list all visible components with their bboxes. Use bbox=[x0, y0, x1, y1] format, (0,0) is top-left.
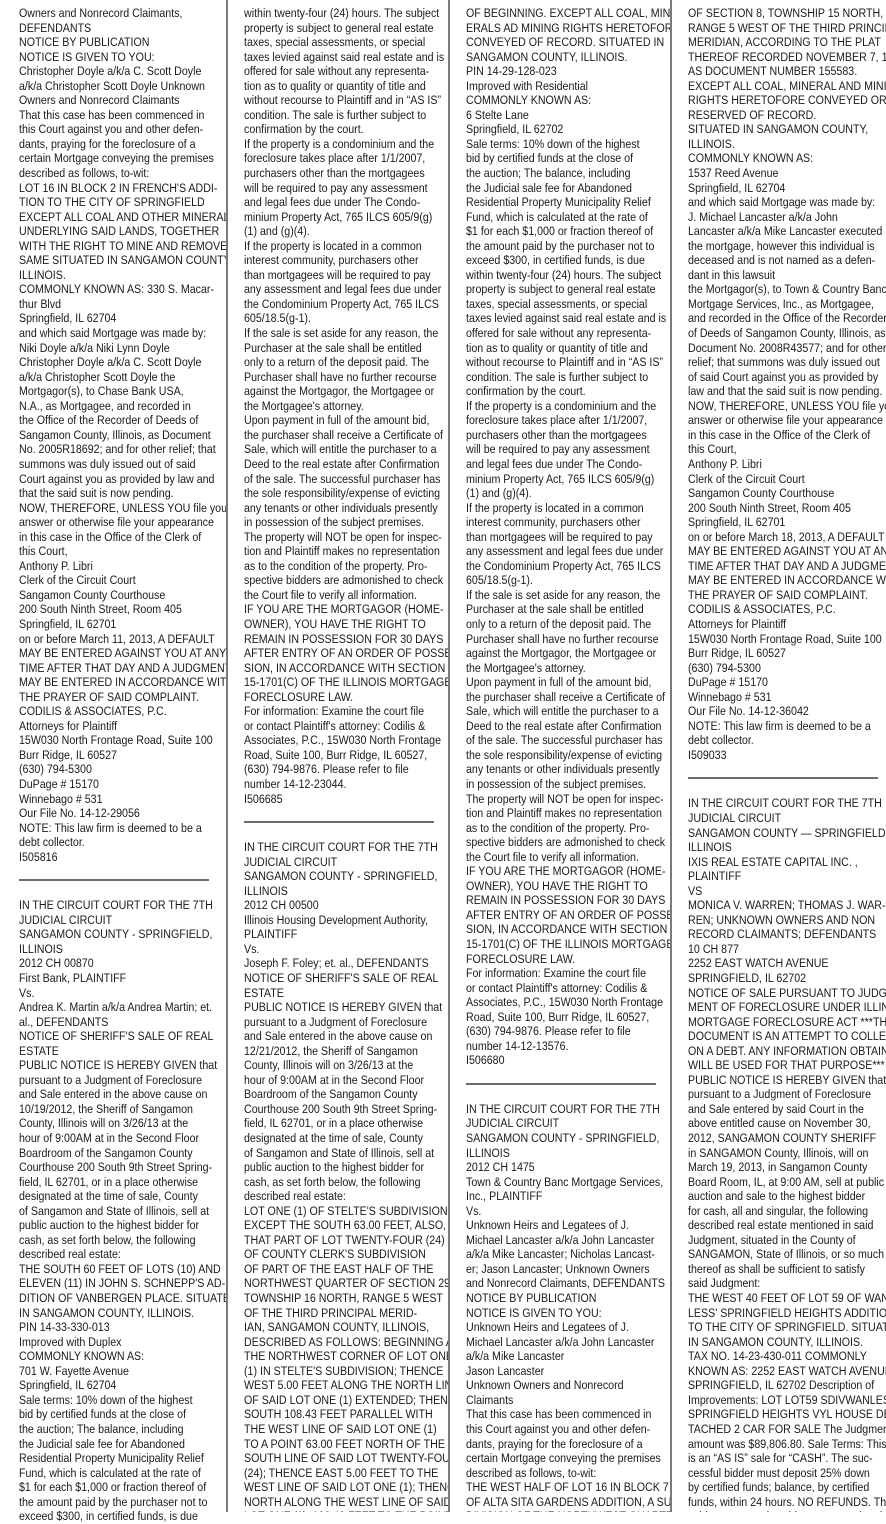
notice-text-line: First Bank, PLAINTIFF bbox=[19, 971, 225, 986]
notice-text-line: the Mortgagee's attorney. bbox=[244, 399, 448, 414]
notice-text-line: EXCEPT ALL COAL AND OTHER MINERALS bbox=[19, 210, 225, 225]
notice-text-line: DEFENDANTS bbox=[19, 21, 225, 36]
notice-text-line: ON A DEBT. ANY INFORMATION OBTAINED bbox=[688, 1044, 886, 1059]
notice-text-line: described real estate mentioned in said bbox=[688, 1218, 886, 1233]
notice-separator-rule bbox=[244, 821, 434, 823]
notice-text-line: against the Mortgagor, the Mortgagee or bbox=[244, 384, 448, 399]
notice-text-line: Michael Lancaster a/k/a John Lancaster bbox=[466, 1233, 670, 1248]
notice-text-line: OF ALTA SITA GARDENS ADDITION, A SUB- bbox=[466, 1495, 670, 1510]
notice-text-line: a/k/a Mike Lancaster; Nicholas Lancast- bbox=[466, 1247, 670, 1262]
notice-text-line: 6 Stelte Lane bbox=[466, 108, 670, 123]
notice-text-line: SION, IN ACCORDANCE WITH SECTION bbox=[244, 661, 448, 676]
notice-text-line: IN SANGAMON COUNTY, ILLINOIS. bbox=[688, 1335, 886, 1350]
notice-text-line: in possession of the subject premises. bbox=[466, 777, 670, 792]
notice-text-line: and Sale entered by said Court in the bbox=[688, 1102, 886, 1117]
notice-text-line: SANGAMON, State of Illinois, or so much bbox=[688, 1247, 886, 1262]
notice-text-line: the auction; The balance, including bbox=[466, 166, 670, 181]
notice-text-line: interest community, purchasers other bbox=[466, 515, 670, 530]
notice-text-line: and which said Mortgage was made by: bbox=[19, 326, 225, 341]
notice-text-line: OF SAID LOT ONE (1) EXTENDED; THENCE bbox=[244, 1393, 448, 1408]
notice-text-line: tion as to quality or quantity of title … bbox=[244, 79, 448, 94]
notice-text-line: Owners and Nonrecord Claimants, bbox=[19, 6, 225, 21]
notice-text-line: 2012 CH 1475 bbox=[466, 1160, 670, 1175]
notice-text-line: FORECLOSURE LAW. bbox=[244, 690, 448, 705]
notice-text-line: Lancaster a/k/a Mike Lancaster executed bbox=[688, 224, 886, 239]
notice-text-line: field, IL 62701, or in a place otherwise bbox=[19, 1175, 225, 1190]
notice-text-line: OF THE THIRD PRINCIPAL MERID- bbox=[244, 1306, 448, 1321]
notice-text-line: ESTATE bbox=[19, 1044, 225, 1059]
notice-text-line: MERIDIAN, ACCORDING TO THE PLAT bbox=[688, 35, 886, 50]
notice-text-line: REMAIN IN POSSESSION FOR 30 DAYS bbox=[466, 893, 670, 908]
notice-text-line: OWNER), YOU HAVE THE RIGHT TO bbox=[466, 879, 670, 894]
notice-text-line: The property will NOT be open for inspec… bbox=[244, 530, 448, 545]
notice-text-line: If the sale is set aside for any reason,… bbox=[244, 326, 448, 341]
notice-text-line: I506680 bbox=[466, 1053, 670, 1068]
notice-text-line: JUDICIAL CIRCUIT bbox=[19, 913, 225, 928]
notice-text-line: or contact Plaintiff's attorney: Codilis… bbox=[466, 981, 670, 996]
notice-text-line: Joseph F. Foley; et. al., DEFENDANTS bbox=[244, 956, 448, 971]
notice-text-line: Upon payment in full of the amount bid, bbox=[466, 675, 670, 690]
notice-text-line: cash, as set forth below, the following bbox=[19, 1233, 225, 1248]
column-3: OF BEGINNING. EXCEPT ALL COAL, MIN-ERALS… bbox=[448, 0, 670, 1512]
notice-text-line: 2012 CH 00870 bbox=[19, 956, 225, 971]
notice-text-line: only to a return of the deposit paid. Th… bbox=[244, 355, 448, 370]
notice-text-line: ILLINOIS. bbox=[688, 137, 886, 152]
notice-text-line: March 19, 2013, in Sangamon County bbox=[688, 1160, 886, 1175]
notice-text-line: Residential Property Municipality Relief bbox=[466, 195, 670, 210]
notice-text-line: IN THE CIRCUIT COURT FOR THE 7TH bbox=[19, 898, 225, 913]
notice-text-line: Clerk of the Circuit Court bbox=[19, 573, 225, 588]
legal-notice: OF SECTION 8, TOWNSHIP 15 NORTH,RANGE 5 … bbox=[688, 6, 878, 762]
notice-text-line: Vs. bbox=[244, 942, 448, 957]
notice-text-line: the Condominium Property Act, 765 ILCS bbox=[466, 559, 670, 574]
notice-text-line: a/k/a Mike Lancaster bbox=[466, 1349, 670, 1364]
notice-text-line: TIME AFTER THAT DAY AND A JUDGMENT bbox=[19, 661, 225, 676]
notice-text-line: MONICA V. WARREN; THOMAS J. WAR- bbox=[688, 898, 886, 913]
legal-notices-page: Owners and Nonrecord Claimants,DEFENDANT… bbox=[0, 0, 886, 1524]
notice-text-line: PLAINTIFF bbox=[244, 927, 448, 942]
notice-text-line: on or before March 11, 2013, A DEFAULT bbox=[19, 632, 225, 647]
notice-text-line: For information: Examine the court file bbox=[244, 704, 448, 719]
notice-text-line: dants, praying for the foreclosure of a bbox=[19, 137, 225, 152]
notice-text-line: IN THE CIRCUIT COURT FOR THE 7TH bbox=[688, 796, 886, 811]
notice-text-line: in SANGAMON County, Illinois, will on bbox=[688, 1146, 886, 1161]
notice-text-line: (1) IN STELTE'S SUBDIVISION; THENCE bbox=[244, 1364, 448, 1379]
notice-text-line: Springfield, IL 62704 bbox=[688, 181, 886, 196]
notice-text-line: in this case in the Office of the Clerk … bbox=[688, 428, 886, 443]
notice-text-line: the auction; The balance, including bbox=[19, 1422, 225, 1437]
notice-text-line: THE WEST LINE OF SAID LOT ONE (1) bbox=[244, 1422, 448, 1437]
notice-text-line: by certified funds; balance, by certifie… bbox=[688, 1480, 886, 1495]
notice-text-line: ILLINOIS bbox=[466, 1146, 670, 1161]
notice-text-line: OWNER), YOU HAVE THE RIGHT TO bbox=[244, 617, 448, 632]
notice-text-line: JUDICIAL CIRCUIT bbox=[244, 855, 448, 870]
notice-text-line: OF PART OF THE EAST HALF OF THE bbox=[244, 1262, 448, 1277]
notice-text-line: THAT PART OF LOT TWENTY-FOUR (24) bbox=[244, 1233, 448, 1248]
notice-text-line: 15-1701(C) OF THE ILLINOIS MORTGAGE bbox=[244, 675, 448, 690]
notice-text-line: Anthony P. Libri bbox=[688, 457, 886, 472]
notice-text-line: Associates, P.C., 15W030 North Frontage bbox=[466, 995, 670, 1010]
notice-text-line: VS bbox=[688, 884, 886, 899]
notice-text-line: answer or otherwise file your appearance bbox=[688, 413, 886, 428]
notice-text-line: (24); THENCE EAST 5.00 FEET TO THE bbox=[244, 1466, 448, 1481]
notice-text-line: Fund, which is calculated at the rate of bbox=[19, 1466, 225, 1481]
notice-text-line: JUDICIAL CIRCUIT bbox=[688, 811, 886, 826]
notice-text-line: Road, Suite 100, Burr Ridge, IL 60527, bbox=[466, 1010, 670, 1025]
notice-text-line: NOTICE OF SALE PURSUANT TO JUDG- bbox=[688, 986, 886, 1001]
notice-text-line: 12/21/2012, the Sheriff of Sangamon bbox=[244, 1044, 448, 1059]
notice-text-line: NOTICE OF SHERIFF'S SALE OF REAL bbox=[19, 1029, 225, 1044]
notice-text-line: 2252 EAST WATCH AVENUE bbox=[688, 956, 886, 971]
notice-text-line: tion and Plaintiff makes no representati… bbox=[466, 806, 670, 821]
notice-text-line: and Sale entered in the above cause on bbox=[19, 1087, 225, 1102]
notice-text-line: IXIS REAL ESTATE CAPITAL INC. , bbox=[688, 855, 886, 870]
notice-text-line: dant in this lawsuit bbox=[688, 268, 886, 283]
notice-text-line: minium Property Act, 765 ILCS 605/9(g) bbox=[244, 210, 448, 225]
notice-text-line: number 14-12-13576. bbox=[466, 1039, 670, 1054]
notice-text-line: the amount paid by the purchaser not to bbox=[19, 1495, 225, 1510]
notice-text-line: Andrea K. Martin a/k/a Andrea Martin; et… bbox=[19, 1000, 225, 1015]
notice-text-line: Sale terms: 10% down of the highest bbox=[466, 137, 670, 152]
notice-text-line: Springfield, IL 62701 bbox=[19, 617, 225, 632]
notice-text-line: described as follows, to-wit: bbox=[19, 166, 225, 181]
notice-text-line: TOWNSHIP 16 NORTH, RANGE 5 WEST bbox=[244, 1291, 448, 1306]
notice-text-line: SION, IN ACCORDANCE WITH SECTION bbox=[466, 922, 670, 937]
notice-text-line: the purchaser shall receive a Certificat… bbox=[466, 690, 670, 705]
notice-text-line: That this case has been commenced in bbox=[19, 108, 225, 123]
notice-text-line: public auction to the highest bidder for bbox=[244, 1160, 448, 1175]
notice-text-line: within twenty-four (24) hours. The subje… bbox=[466, 268, 670, 283]
notice-text-line: KNOWN AS: 2252 EAST WATCH AVENUE bbox=[688, 1364, 886, 1379]
notice-text-line: of said Court against you as provided by bbox=[688, 370, 886, 385]
notice-text-line: RANGE 5 WEST OF THE THIRD PRINCIPAL bbox=[688, 21, 886, 36]
notice-text-line: the Judicial sale fee for Abandoned bbox=[19, 1437, 225, 1452]
notice-text-line: THE NORTHWEST CORNER OF LOT ONE bbox=[244, 1349, 448, 1364]
notice-text-line: ILLINOIS. bbox=[19, 268, 225, 283]
notice-text-line: No. 2005R18692; and for other relief; th… bbox=[19, 442, 225, 457]
notice-text-line: (630) 794-5300 bbox=[688, 661, 886, 676]
notice-separator-rule bbox=[19, 879, 209, 881]
notice-text-line: JUDICIAL CIRCUIT bbox=[466, 1116, 670, 1131]
notice-text-line: relief; that summons was duly issued out bbox=[688, 355, 886, 370]
notice-text-line: this Court against you and other defen- bbox=[466, 1422, 670, 1437]
notice-text-line: CONVEYED OF RECORD. SITUATED IN bbox=[466, 35, 670, 50]
notice-text-line: NOTE: This law firm is deemed to be a bbox=[19, 821, 225, 836]
notice-text-line: Sale, which will entitle the purchaser t… bbox=[466, 704, 670, 719]
notice-text-line: DuPage # 15170 bbox=[688, 675, 886, 690]
notice-text-line: subject property is subject to general r… bbox=[688, 1509, 886, 1512]
notice-text-line: Christopher Doyle a/k/a C. Scott Doyle bbox=[19, 355, 225, 370]
notice-text-line: (1) and (g)(4). bbox=[466, 486, 670, 501]
notice-text-line: the Mortgagor(s), to Town & Country Banc bbox=[688, 282, 886, 297]
notice-text-line: this Court, bbox=[19, 544, 225, 559]
notice-text-line: any tenants or other individuals present… bbox=[244, 501, 448, 516]
notice-text-line: Our File No. 14-12-29056 bbox=[19, 806, 225, 821]
notice-text-line: described real estate: bbox=[244, 1189, 448, 1204]
notice-text-line: DOCUMENT IS AN ATTEMPT TO COLLECT bbox=[688, 1029, 886, 1044]
notice-text-line: tion as to quality or quantity of title … bbox=[466, 341, 670, 356]
legal-notice: IN THE CIRCUIT COURT FOR THE 7THJUDICIAL… bbox=[19, 898, 220, 1524]
notice-text-line: and recorded in the Office of the Record… bbox=[688, 311, 886, 326]
notice-text-line: DESCRIBED AS FOLLOWS: BEGINNING AT bbox=[244, 1335, 448, 1350]
notice-text-line: Purchaser shall have no further recourse bbox=[244, 370, 448, 385]
notice-text-line: I506685 bbox=[244, 792, 448, 807]
notice-text-line: Mortgage Services, Inc., as Mortgagee, bbox=[688, 297, 886, 312]
notice-text-line: against the Mortgagor, the Mortgagee or bbox=[466, 646, 670, 661]
notice-text-line: FORECLOSURE LAW. bbox=[466, 952, 670, 967]
notice-text-line: COMMONLY KNOWN AS: 330 S. Macar- bbox=[19, 282, 225, 297]
notice-text-line: IF YOU ARE THE MORTGAGOR (HOME- bbox=[466, 864, 670, 879]
notice-text-line: and Sale entered in the above cause on bbox=[244, 1029, 448, 1044]
notice-text-line: DuPage # 15170 bbox=[19, 777, 225, 792]
notice-text-line: 15W030 North Frontage Road, Suite 100 bbox=[19, 733, 225, 748]
notice-text-line: SANGAMON COUNTY, ILLINOIS. bbox=[466, 50, 670, 65]
notice-text-line: on or before March 18, 2013, A DEFAULT bbox=[688, 530, 886, 545]
notice-separator-rule bbox=[466, 1083, 656, 1085]
notice-text-line: confirmation by the court. bbox=[244, 122, 448, 137]
notice-text-line: the Court file to verify all information… bbox=[244, 588, 448, 603]
notice-text-line: offered for sale without any representa- bbox=[244, 64, 448, 79]
notice-text-line: MAY BE ENTERED IN ACCORDANCE WITH bbox=[19, 675, 225, 690]
notice-text-line: as to the condition of the property. Pro… bbox=[466, 821, 670, 836]
notice-text-line: 2012, SANGAMON COUNTY SHERIFF bbox=[688, 1131, 886, 1146]
notice-text-line: thereof as shall be sufficient to satisf… bbox=[688, 1262, 886, 1277]
notice-text-line: OF SECTION 8, TOWNSHIP 15 NORTH, bbox=[688, 6, 886, 21]
notice-text-line: the Court file to verify all information… bbox=[466, 850, 670, 865]
notice-text-line: NOTICE IS GIVEN TO YOU: bbox=[466, 1306, 670, 1321]
notice-text-line: For information: Examine the court file bbox=[466, 966, 670, 981]
notice-text-line: the Office of the Recorder of Deeds of bbox=[19, 413, 225, 428]
notice-text-line: Sale, which will entitle the purchaser t… bbox=[244, 442, 448, 457]
notice-text-line: a/k/a Christopher Scott Doyle the bbox=[19, 370, 225, 385]
notice-text-line: the mortgage, however this individual is bbox=[688, 239, 886, 254]
notice-text-line: Michael Lancaster a/k/a John Lancaster bbox=[466, 1335, 670, 1350]
notice-text-line: debt collector. bbox=[19, 835, 225, 850]
notice-text-line: Unknown Owners and Nonrecord bbox=[466, 1378, 670, 1393]
notice-text-line: Sale terms: 10% down of the highest bbox=[19, 1393, 225, 1408]
notice-text-line: (1) and (g)(4). bbox=[244, 224, 448, 239]
notice-text-line: Unknown Heirs and Legatees of J. bbox=[466, 1320, 670, 1335]
notice-text-line: taxes, special assessments, or special bbox=[244, 35, 448, 50]
notice-text-line: SITUATED IN SANGAMON COUNTY, bbox=[688, 122, 886, 137]
notice-text-line: Town & Country Banc Mortgage Services, bbox=[466, 1175, 670, 1190]
notice-text-line: Document No. 2008R43577; and for other bbox=[688, 341, 886, 356]
notice-text-line: of Sangamon and State of Illinois, sell … bbox=[244, 1146, 448, 1161]
notice-separator-rule bbox=[688, 777, 878, 779]
notice-text-line: thur Blvd bbox=[19, 297, 225, 312]
notice-text-line: SANGAMON COUNTY - SPRINGFIELD, bbox=[19, 927, 225, 942]
notice-text-line: Deed to the real estate after Confirmati… bbox=[466, 719, 670, 734]
notice-text-line: SPRINGFIELD, IL 62702 Description of bbox=[688, 1378, 886, 1393]
notice-text-line: Owners and Nonrecord Claimants bbox=[19, 93, 225, 108]
notice-text-line: for cash, all and singular, the followin… bbox=[688, 1204, 886, 1219]
notice-text-line: Burr Ridge, IL 60527 bbox=[19, 748, 225, 763]
notice-text-line: Vs. bbox=[466, 1204, 670, 1219]
notice-text-line: NOW, THEREFORE, UNLESS YOU file your bbox=[688, 399, 886, 414]
notice-text-line: the Judicial sale fee for Abandoned bbox=[466, 181, 670, 196]
notice-text-line: PUBLIC NOTICE IS HEREBY GIVEN that bbox=[688, 1073, 886, 1088]
notice-text-line: hour of 9:00AM at in the Second Floor bbox=[244, 1073, 448, 1088]
notice-text-line: If the property is located in a common bbox=[466, 501, 670, 516]
notice-text-line: The property will NOT be open for inspec… bbox=[466, 792, 670, 807]
notice-text-line: pursuant to a Judgment of Foreclosure bbox=[244, 1015, 448, 1030]
notice-text-line: spective bidders are admonished to check bbox=[466, 835, 670, 850]
notice-text-line: 2012 CH 00500 bbox=[244, 898, 448, 913]
notice-text-line: THE WEST HALF OF LOT 16 IN BLOCK 7 bbox=[466, 1480, 670, 1495]
column-4: OF SECTION 8, TOWNSHIP 15 NORTH,RANGE 5 … bbox=[670, 0, 886, 1512]
notice-text-line: IN SANGAMON COUNTY, ILLINOIS. bbox=[19, 1306, 225, 1321]
notice-text-line: without recourse to Plaintiff and in “AS… bbox=[466, 355, 670, 370]
notice-text-line: That this case has been commenced in bbox=[466, 1407, 670, 1422]
notice-text-line: Unknown Heirs and Legatees of J. bbox=[466, 1218, 670, 1233]
notice-text-line: Mortgagor(s), to Chase Bank USA, bbox=[19, 384, 225, 399]
notice-text-line: the amount paid by the purchaser not to bbox=[466, 239, 670, 254]
notice-text-line: If the property is a condominium and the bbox=[466, 399, 670, 414]
notice-text-line: WEST LINE OF SAID LOT ONE (1); THENCE bbox=[244, 1480, 448, 1495]
notice-text-line: bid by certified funds at the close of bbox=[19, 1407, 225, 1422]
notice-text-line: THE PRAYER OF SAID COMPLAINT. bbox=[19, 690, 225, 705]
notice-text-line: only to a return of the deposit paid. Th… bbox=[466, 617, 670, 632]
notice-text-line: DITION OF VANBERGEN PLACE. SITUATED bbox=[19, 1291, 225, 1306]
notice-text-line: and which said Mortgage was made by: bbox=[688, 195, 886, 210]
notice-text-line: NORTH ALONG THE WEST LINE OF SAID bbox=[244, 1495, 448, 1510]
notice-text-line: number 14-12-23044. bbox=[244, 777, 448, 792]
notice-text-line: SANGAMON COUNTY - SPRINGFIELD, bbox=[466, 1131, 670, 1146]
notice-text-line: THE SOUTH 60 FEET OF LOTS (10) AND bbox=[19, 1262, 225, 1277]
notice-text-line: Attorneys for Plaintiff bbox=[688, 617, 886, 632]
notice-text-line: confirmation by the court. bbox=[466, 384, 670, 399]
notice-text-line: Springfield, IL 62704 bbox=[19, 311, 225, 326]
notice-text-line: any assessment and legal fees due under bbox=[244, 282, 448, 297]
notice-text-line: IN THE CIRCUIT COURT FOR THE 7TH bbox=[466, 1102, 670, 1117]
notice-text-line: Winnebago # 531 bbox=[688, 690, 886, 705]
notice-text-line: THE PRAYER OF SAID COMPLAINT. bbox=[688, 588, 886, 603]
notice-text-line: Sangamon County Courthouse bbox=[688, 486, 886, 501]
notice-text-line: pursuant to a Judgment of Foreclosure bbox=[688, 1087, 886, 1102]
notice-text-line: without recourse to Plaintiff and in “AS… bbox=[244, 93, 448, 108]
notice-text-line: Clerk of the Circuit Court bbox=[688, 472, 886, 487]
notice-text-line: ERALS AD MINING RIGHTS HERETOFORE bbox=[466, 21, 670, 36]
notice-text-line: of Sangamon and State of Illinois, sell … bbox=[19, 1204, 225, 1219]
notice-text-line: Courthouse 200 South 9th Street Spring- bbox=[19, 1160, 225, 1175]
notice-text-line: taxes levied against said real estate an… bbox=[244, 50, 448, 65]
notice-text-line: of the sale. The successful purchaser ha… bbox=[466, 733, 670, 748]
notice-text-line: Purchaser at the sale shall be entitled bbox=[244, 341, 448, 356]
notice-text-line: amount was $89,806.80. Sale Terms: This bbox=[688, 1437, 886, 1452]
notice-text-line: RECORD CLAIMANTS; DEFENDANTS bbox=[688, 927, 886, 942]
notice-text-line: Courthouse 200 South 9th Street Spring- bbox=[244, 1102, 448, 1117]
notice-text-line: OF BEGINNING. EXCEPT ALL COAL, MIN- bbox=[466, 6, 670, 21]
notice-text-line: taxes levied against said real estate an… bbox=[466, 311, 670, 326]
notice-text-line: hour of 9:00AM at in the Second Floor bbox=[19, 1131, 225, 1146]
notice-text-line: Claimants bbox=[466, 1393, 670, 1408]
notice-text-line: offered for sale without any representa- bbox=[466, 326, 670, 341]
notice-text-line: SOUTH LINE OF SAID LOT TWENTY-FOUR bbox=[244, 1451, 448, 1466]
notice-text-line: CODILIS & ASSOCIATES, P.C. bbox=[19, 704, 225, 719]
notice-text-line: of the sale. The successful purchaser ha… bbox=[244, 472, 448, 487]
notice-text-line: the Condominium Property Act, 765 ILCS bbox=[244, 297, 448, 312]
notice-text-line: NOTICE BY PUBLICATION bbox=[466, 1291, 670, 1306]
notice-text-line: Improvements: LOT LOT59 SDIVWANLESS bbox=[688, 1393, 886, 1408]
notice-text-line: 10 CH 877 bbox=[688, 942, 886, 957]
notice-text-line: If the property is a condominium and the bbox=[244, 137, 448, 152]
notice-text-line: cash, as set forth below, the following bbox=[244, 1175, 448, 1190]
notice-text-line: property is subject to general real esta… bbox=[466, 282, 670, 297]
notice-text-line: Improved with Residential bbox=[466, 79, 670, 94]
notice-text-line: 200 South Ninth Street, Room 405 bbox=[19, 602, 225, 617]
notice-text-line: 605/18.5(g-1). bbox=[244, 311, 448, 326]
notice-text-line: 10/19/2012, the Sheriff of Sangamon bbox=[19, 1102, 225, 1117]
notice-text-line: MAY BE ENTERED AGAINST YOU AT ANY bbox=[688, 544, 886, 559]
notice-text-line: (630) 794-5300 bbox=[19, 762, 225, 777]
notice-text-line: J. Michael Lancaster a/k/a John bbox=[688, 210, 886, 225]
notice-text-line: Judgment, situated in the County of bbox=[688, 1233, 886, 1248]
notice-text-line: IN THE CIRCUIT COURT FOR THE 7TH bbox=[244, 840, 448, 855]
notice-text-line: Associates, P.C., 15W030 North Frontage bbox=[244, 733, 448, 748]
notice-text-line: the sole responsibility/expense of evict… bbox=[466, 748, 670, 763]
notice-text-line: public auction to the highest bidder for bbox=[19, 1218, 225, 1233]
notice-text-line: TION TO THE CITY OF SPRINGFIELD bbox=[19, 195, 225, 210]
notice-text-line: COMMONLY KNOWN AS: bbox=[19, 1349, 225, 1364]
notice-text-line: RIGHTS HERETOFORE CONVEYED OR bbox=[688, 93, 886, 108]
notice-text-line: Attorneys for Plaintiff bbox=[19, 719, 225, 734]
notice-text-line: in possession of the subject premises. bbox=[244, 515, 448, 530]
notice-text-line: designated at the time of sale, County bbox=[19, 1189, 225, 1204]
legal-notice: OF BEGINNING. EXCEPT ALL COAL, MIN-ERALS… bbox=[466, 6, 664, 1068]
notice-text-line: exceed $300, in certified funds, is due bbox=[466, 253, 670, 268]
notice-text-line: (630) 794-9876. Please refer to file bbox=[244, 762, 448, 777]
notice-text-line: I509033 bbox=[688, 748, 886, 763]
column-2: within twenty-four (24) hours. The subje… bbox=[226, 0, 448, 1512]
notice-text-line: Court against you as provided by law and bbox=[19, 472, 225, 487]
notice-text-line: certain Mortgage conveying the premises bbox=[466, 1451, 670, 1466]
legal-notice: IN THE CIRCUIT COURT FOR THE 7THJUDICIAL… bbox=[466, 1102, 664, 1512]
notice-text-line: summons was duly issued out of said bbox=[19, 457, 225, 472]
notice-text-line: Boardroom of the Sangamon County bbox=[19, 1146, 225, 1161]
notice-text-line: PLAINTIFF bbox=[688, 869, 886, 884]
notice-text-line: MENT OF FORECLOSURE UNDER ILLINOIS bbox=[688, 1000, 886, 1015]
notice-text-line: UNDERLYING SAID LANDS, TOGETHER bbox=[19, 224, 225, 239]
notice-text-line: as to the condition of the property. Pro… bbox=[244, 559, 448, 574]
notice-text-line: NOW, THEREFORE, UNLESS YOU file your bbox=[19, 501, 225, 516]
notice-text-line: WITH THE RIGHT TO MINE AND REMOVE bbox=[19, 239, 225, 254]
notice-text-line: is an “AS IS” sale for “CASH”. The suc- bbox=[688, 1451, 886, 1466]
notice-text-line: I505816 bbox=[19, 850, 225, 865]
notice-text-line: minium Property Act, 765 ILCS 605/9(g) bbox=[466, 472, 670, 487]
notice-text-line: than mortgagees will be required to pay bbox=[466, 530, 670, 545]
notice-text-line: ILLINOIS bbox=[688, 840, 886, 855]
notice-text-line: MAY BE ENTERED IN ACCORDANCE WITH bbox=[688, 573, 886, 588]
notice-text-line: said Judgment: bbox=[688, 1276, 886, 1291]
notice-text-line: answer or otherwise file your appearance bbox=[19, 515, 225, 530]
notice-text-line: er; Jason Lancaster; Unknown Owners bbox=[466, 1262, 670, 1277]
notice-text-line: THEREOF RECORDED NOVEMBER 7, 1928 bbox=[688, 50, 886, 65]
notice-text-line: NOTICE BY PUBLICATION bbox=[19, 35, 225, 50]
notice-text-line: auction and sale to the highest bidder bbox=[688, 1189, 886, 1204]
notice-text-line: TO THE CITY OF SPRINGFIELD. SITUATED bbox=[688, 1320, 886, 1335]
notice-text-line: IF YOU ARE THE MORTGAGOR (HOME- bbox=[244, 602, 448, 617]
notice-text-line: foreclosure takes place after 1/1/2007, bbox=[466, 413, 670, 428]
notice-text-line: will be required to pay any assessment bbox=[466, 442, 670, 457]
notice-text-line: Board Room, IL, at 9:00 AM, sell at publ… bbox=[688, 1175, 886, 1190]
notice-text-line: WEST 5.00 FEET ALONG THE NORTH LINE bbox=[244, 1378, 448, 1393]
notice-text-line: deceased and is not named as a defen- bbox=[688, 253, 886, 268]
notice-text-line: Sangamon County, Illinois, as Document bbox=[19, 428, 225, 443]
notice-text-line: ELEVEN (11) IN JOHN S. SCHNEPP'S AD- bbox=[19, 1276, 225, 1291]
notice-text-line: pursuant to a Judgment of Foreclosure bbox=[19, 1073, 225, 1088]
notice-text-line: County, Illinois will on 3/26/13 at the bbox=[19, 1116, 225, 1131]
notice-text-line: MAY BE ENTERED AGAINST YOU AT ANY bbox=[19, 646, 225, 661]
